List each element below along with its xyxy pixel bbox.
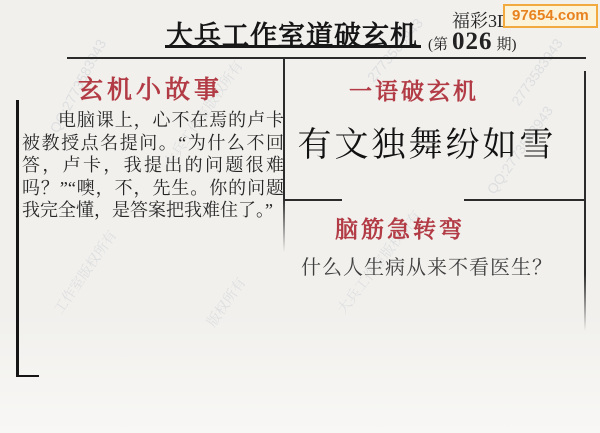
teaser-question: 什么人生病从来不看医生？ [301, 251, 553, 280]
box-left-border [16, 100, 19, 377]
issue-suffix: 期) [497, 37, 517, 53]
issue-number-line: (第 026 期) [428, 28, 517, 56]
watermark-text: 版权所有 [202, 273, 251, 330]
site-watermark-badge: 97654.com [503, 4, 598, 28]
issue-number: 026 [452, 28, 493, 55]
box-bottom-corner [16, 375, 39, 377]
hint-phrase: 有文独舞纷如雪 [284, 117, 570, 166]
story-section-heading: 玄机小故事 [17, 70, 284, 106]
box-right-border [584, 71, 586, 331]
section-divider-left-segment [284, 199, 342, 201]
newspaper-clipping: QQ:2773583943 大兵工作室版权所有 工作室版权所有 27735839… [0, 0, 600, 433]
watermark-text: 工作室版权所有 [49, 226, 122, 318]
teaser-section-heading: 脑筋急转弯 [284, 211, 516, 244]
section-divider-right-segment [464, 199, 586, 201]
box-top-border [67, 57, 586, 59]
title-underline [165, 45, 421, 48]
story-text: 电脑课上，心不在焉的卢卡被教授点名提问。“为什么不回答，卢卡，我提出的问题很难吗… [22, 109, 284, 222]
issue-prefix: (第 [428, 37, 448, 53]
hint-section-heading: 一语破玄机 [268, 73, 560, 106]
